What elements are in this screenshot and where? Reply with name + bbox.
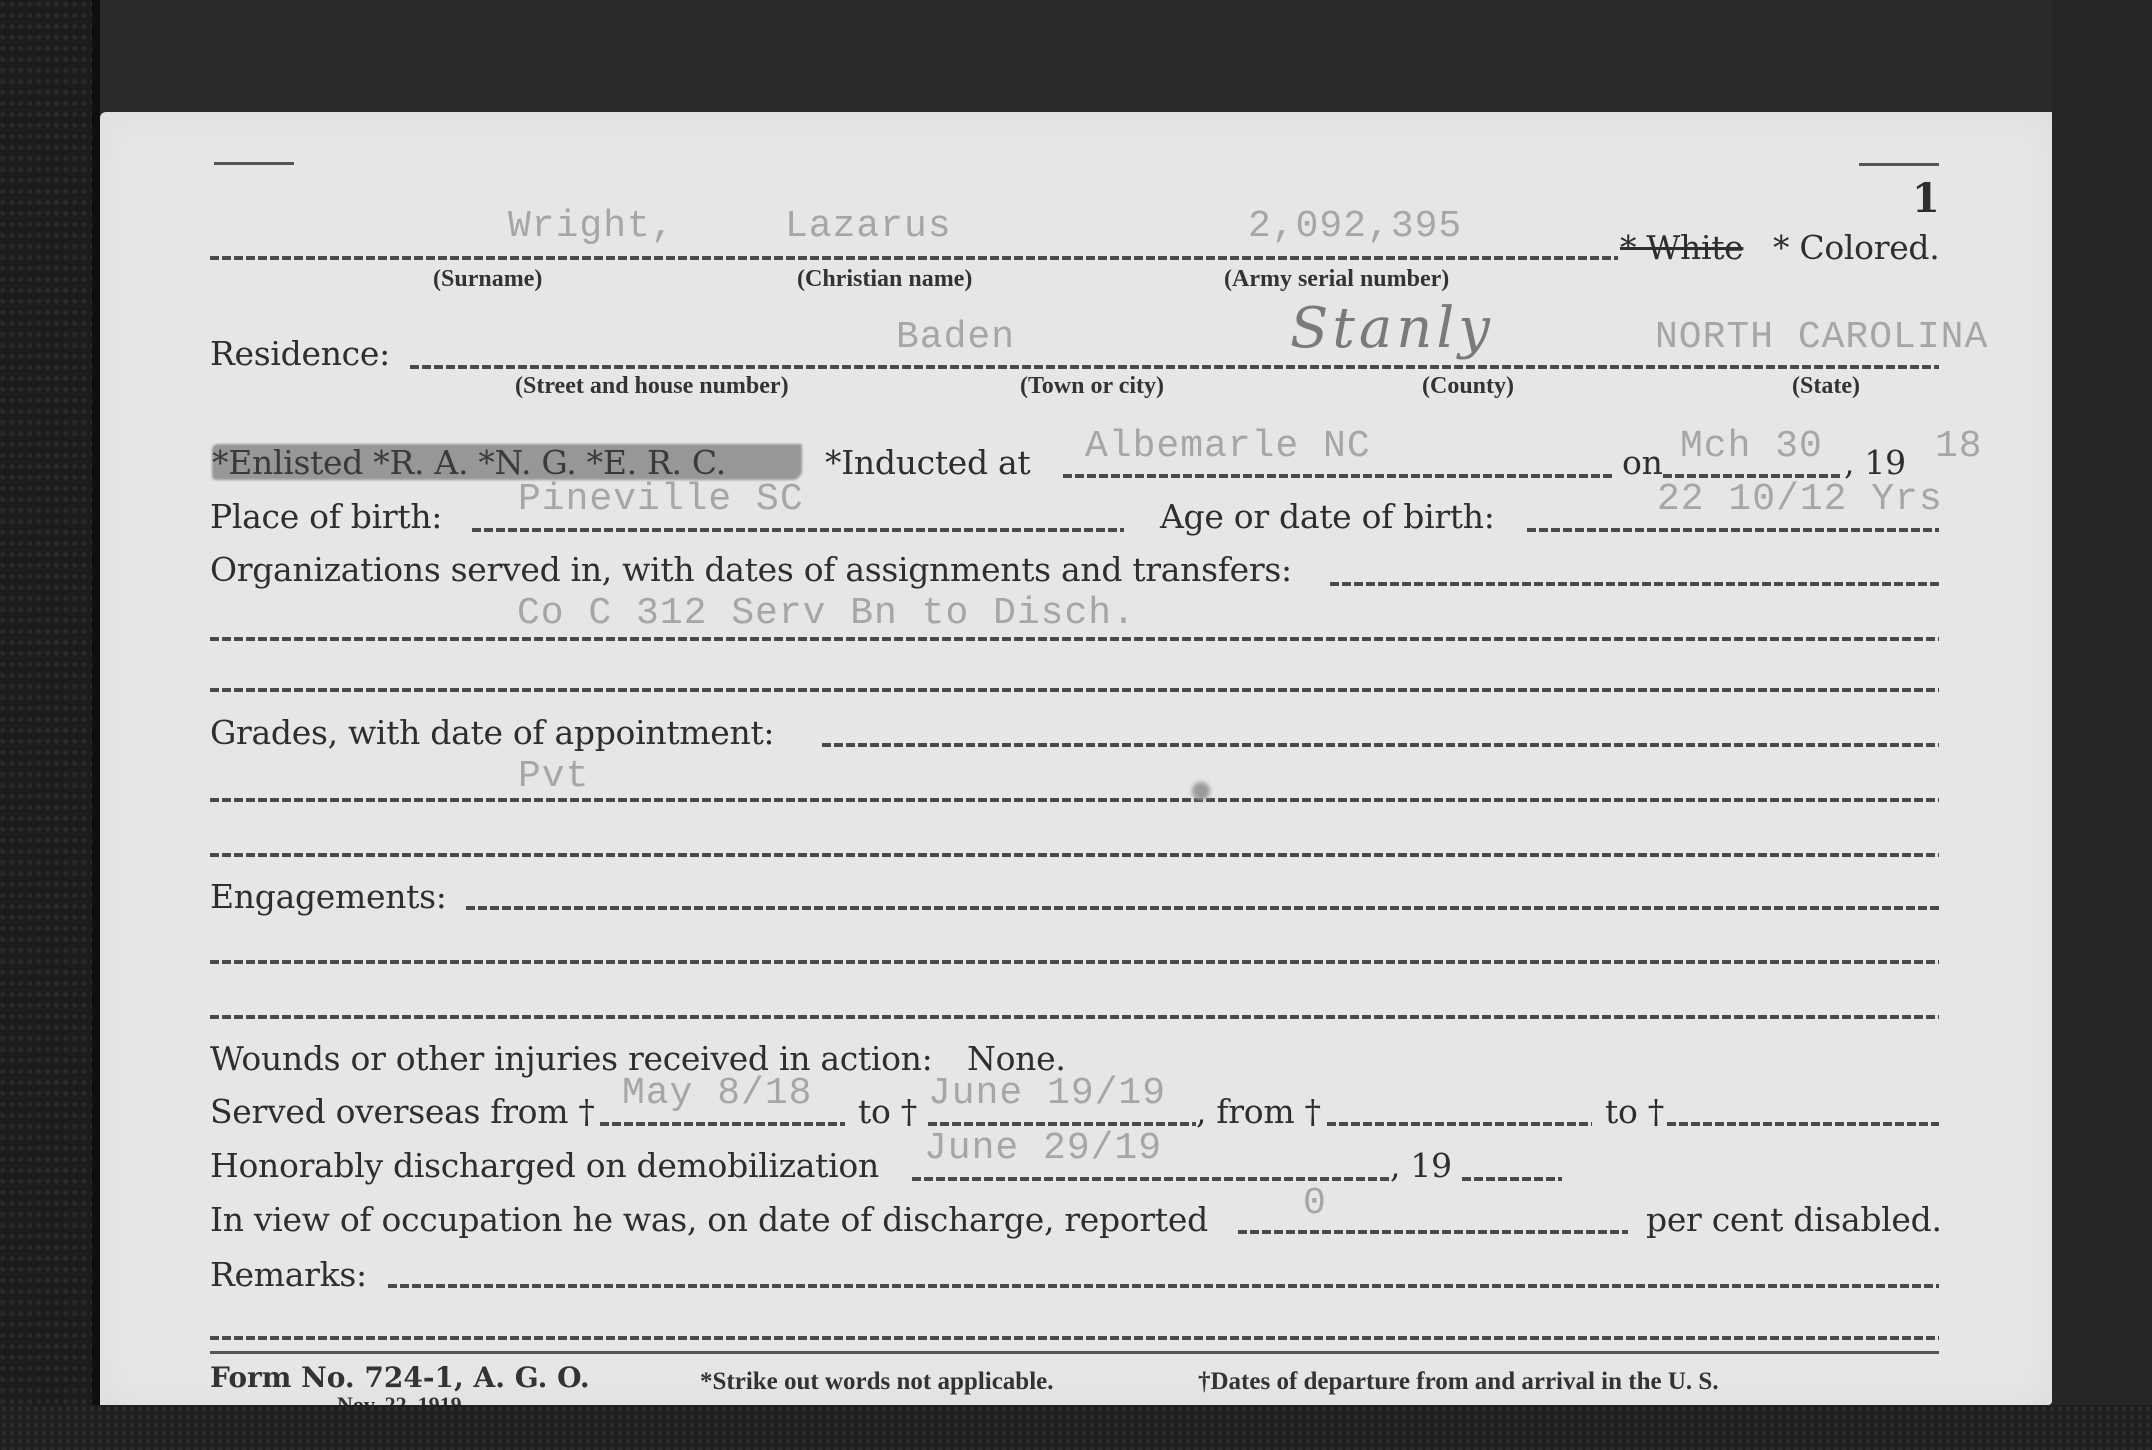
surname-value: Wright, (508, 205, 675, 248)
overseas-to-1-label: to † (858, 1092, 917, 1131)
residence-state-value: NORTH CAROLINA (1655, 316, 1988, 359)
age-value: 22 10/12 Yrs (1657, 478, 1943, 521)
top-left-rule (214, 162, 294, 165)
discharge-label: Honorably discharged on demobilization (210, 1146, 879, 1185)
remarks-line-2 (210, 1336, 1939, 1340)
christian-name-label: (Christian name) (797, 266, 972, 293)
engagements-line-2 (210, 960, 1939, 964)
overseas-from-1-value: May 8/18 (622, 1072, 812, 1115)
residence-town-value: Baden (896, 316, 1015, 359)
organizations-line-2 (210, 637, 1939, 641)
christian-name-value: Lazarus (785, 205, 952, 248)
residence-county-value: Stanly (1290, 296, 1494, 361)
disability-label: In view of occupation he was, on date of… (210, 1200, 1208, 1239)
grades-line-3 (210, 853, 1939, 857)
form-number: Form No. 724-1, A. G. O. (210, 1361, 590, 1394)
remarks-line-1 (388, 1284, 1939, 1288)
overseas-from-2-label: , from † (1196, 1092, 1321, 1131)
overseas-to-2-label: to † (1605, 1092, 1664, 1131)
organizations-value: Co C 312 Serv Bn to Disch. (517, 592, 1136, 635)
induction-date-value: Mch 30 (1680, 425, 1823, 468)
age-label: Age or date of birth: (1160, 497, 1495, 536)
struck-enlistment-types: *Enlisted *R. A. *N. G. *E. R. C. (212, 443, 726, 482)
residence-line (410, 365, 1939, 369)
overseas-from-1-line (600, 1122, 845, 1126)
overseas-from-2-line (1327, 1122, 1592, 1126)
grades-line-1 (822, 743, 1939, 747)
state-label: (State) (1792, 373, 1860, 400)
grades-line-2 (210, 798, 1939, 802)
serial-number-label: (Army serial number) (1224, 266, 1449, 293)
discharge-year-line (1462, 1177, 1562, 1181)
town-label: (Town or city) (1020, 373, 1164, 400)
engagements-label: Engagements: (210, 877, 447, 916)
dark-background-right (2052, 0, 2152, 1450)
discharge-date-value: June 29/19 (924, 1127, 1162, 1170)
place-of-birth-label: Place of birth: (210, 497, 442, 536)
page-number: 1 (1912, 175, 1940, 222)
ink-spot (1192, 782, 1210, 800)
engagements-line-3 (210, 1015, 1939, 1019)
organizations-line-1 (1330, 582, 1939, 586)
county-label: (County) (1422, 373, 1514, 400)
grades-label: Grades, with date of appointment: (210, 713, 774, 752)
disability-line (1238, 1230, 1628, 1234)
organizations-label: Organizations served in, with dates of a… (210, 550, 1292, 589)
grades-value: Pvt (518, 755, 589, 798)
footer-rule (210, 1351, 1939, 1354)
race-colored: * Colored. (1773, 228, 1939, 267)
name-line (210, 256, 1618, 260)
serial-number-value: 2,092,395 (1248, 205, 1462, 248)
street-label: (Street and house number) (515, 373, 789, 400)
discharge-date-line (912, 1177, 1390, 1181)
disability-suffix: per cent disabled. (1646, 1200, 1942, 1239)
served-overseas-label: Served overseas from † (210, 1092, 595, 1131)
engagements-line-1 (466, 906, 1939, 910)
wounds-label: Wounds or other injuries received in act… (210, 1039, 932, 1078)
overseas-to-1-value: June 19/19 (928, 1072, 1166, 1115)
on-label: on (1622, 443, 1663, 482)
organizations-line-3 (210, 688, 1939, 692)
dark-background-left (0, 0, 95, 1450)
dark-background-bottom (0, 1405, 2152, 1450)
discharge-year-prefix: , 19 (1390, 1146, 1452, 1185)
induction-year-prefix: , 19 (1844, 443, 1906, 482)
inducted-at-label: *Inducted at (825, 443, 1030, 482)
dark-background-edge (92, 0, 100, 1450)
place-of-birth-line (472, 528, 1124, 532)
place-of-birth-value: Pineville SC (518, 478, 804, 521)
dates-note: †Dates of departure from and arrival in … (1198, 1368, 1719, 1396)
remarks-label: Remarks: (210, 1255, 367, 1294)
top-right-rule (1859, 163, 1939, 166)
strike-out-note: *Strike out words not applicable. (700, 1368, 1054, 1396)
inducted-at-value: Albemarle NC (1085, 425, 1371, 468)
race-white-struck: * White (1620, 228, 1743, 267)
age-line (1527, 528, 1939, 532)
overseas-to-2-line (1667, 1122, 1939, 1126)
disability-percent-value: 0 (1303, 1182, 1327, 1225)
form-date: Nov. 22, 1919 (337, 1392, 462, 1405)
residence-label: Residence: (210, 334, 390, 373)
overseas-to-1-line (928, 1122, 1196, 1126)
induction-year-value: 18 (1935, 425, 1983, 468)
inducted-at-line (1063, 474, 1613, 478)
surname-label: (Surname) (433, 266, 542, 293)
